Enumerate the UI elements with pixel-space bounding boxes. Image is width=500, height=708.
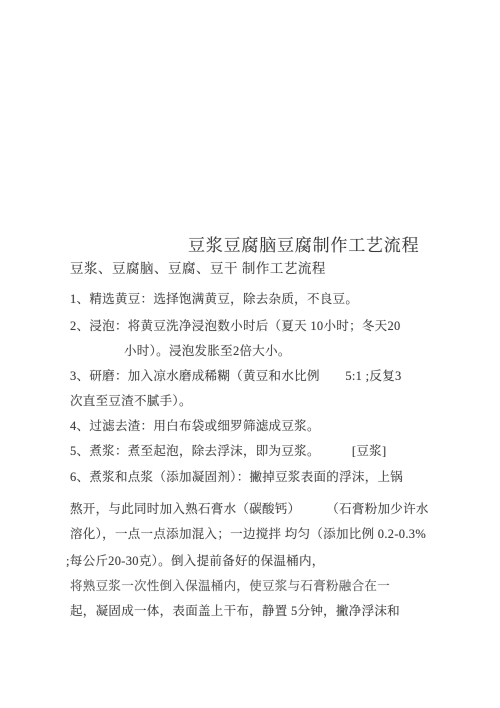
body-line-3: 小时）。浸泡发胀至2倍大小。 bbox=[124, 343, 291, 359]
page-title: 豆浆豆腐脑豆腐制作工艺流程 bbox=[188, 238, 419, 254]
body-line-8: 6、煮浆和点浆（添加凝固剂）：撇掉豆浆表面的浮沫，上锅 bbox=[70, 469, 403, 485]
document-page: 豆浆豆腐脑豆腐制作工艺流程 豆浆、豆腐脑、豆腐、豆干 制作工艺流程 1、精选黄豆… bbox=[0, 0, 500, 708]
body-line-12: 将熟豆浆一次性倒入保温桶内，使豆浆与石膏粉融合在一 bbox=[70, 578, 390, 594]
body-line-11: ;每公斤20-30克）。倒入提前备好的保温桶内， bbox=[66, 553, 325, 569]
body-line-2: 2、浸泡：将黄豆洗净浸泡数小时后（夏天 10小时；冬天20 bbox=[70, 318, 401, 334]
page-subtitle: 豆浆、豆腐脑、豆腐、豆干 制作工艺流程 bbox=[70, 261, 326, 277]
body-line-1: 1、精选黄豆：选择饱满黄豆，除去杂质，不良豆。 bbox=[70, 291, 358, 307]
body-line-13: 起，凝固成一体，表面盖上干布，静置 5分钟，撇净浮沫和 bbox=[70, 603, 400, 619]
body-line-9: 熬开，与此同时加入熟石膏水（碳酸钙） （石膏粉加少许水 bbox=[70, 501, 429, 517]
body-line-6: 4、过滤去渣：用白布袋或细罗筛滤成豆浆。 bbox=[70, 418, 320, 434]
body-line-4: 3、研磨：加入凉水磨成稀糊（黄豆和水比例 5:1 ;反复3 bbox=[70, 368, 402, 384]
body-line-5: 次直至豆渣不腻手）。 bbox=[70, 393, 192, 409]
body-line-7: 5、煮浆：煮至起泡，除去浮沫，即为豆浆。 [豆浆] bbox=[70, 443, 386, 459]
body-line-10: 溶化），一点一点添加混入；一边搅拌 均匀（添加比例 0.2-0.3% bbox=[70, 526, 426, 542]
